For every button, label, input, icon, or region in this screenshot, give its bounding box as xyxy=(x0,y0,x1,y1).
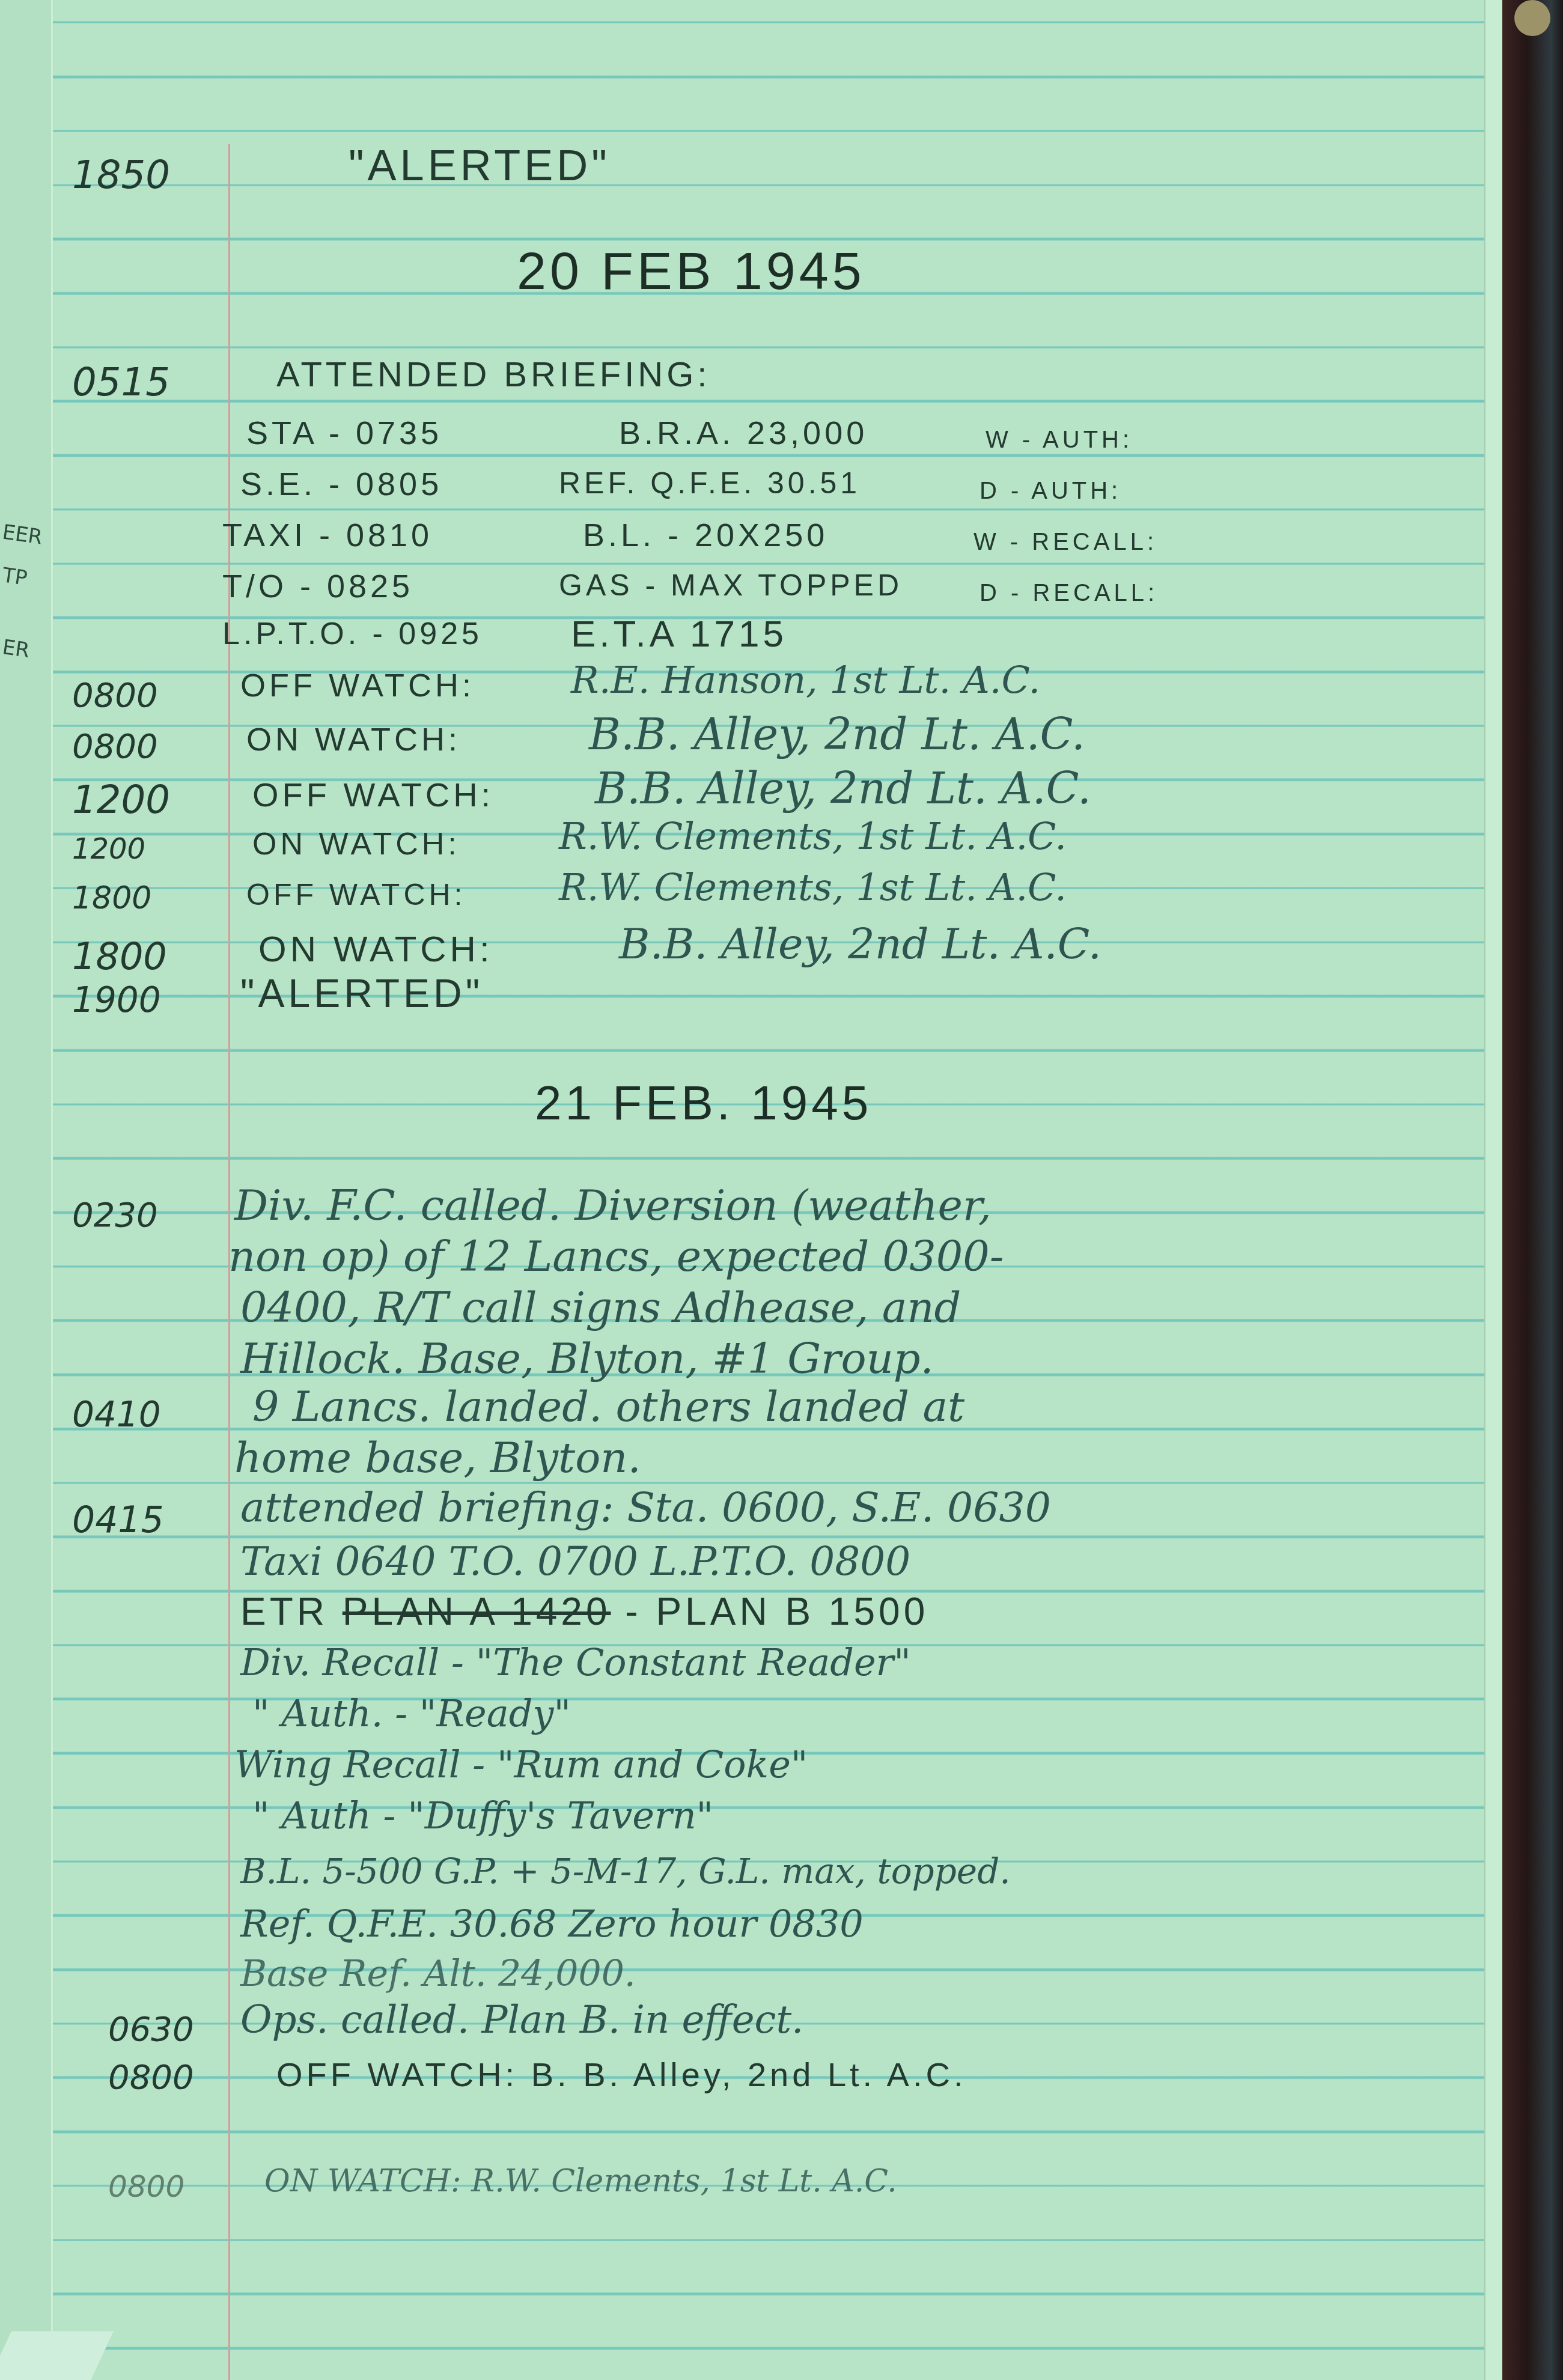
briefing-item: REF. Q.F.E. 30.51 xyxy=(559,466,861,501)
watch-signature: R.E. Hanson, 1st Lt. A.C. xyxy=(571,658,1040,702)
log-line: 0400, R/T call signs Adhease, and xyxy=(240,1283,961,1332)
etr-prefix: ETR xyxy=(240,1590,328,1633)
watch-signature: B.B. Alley, 2nd Lt. A.C. xyxy=(589,709,1085,759)
watch-signature: R.W. Clements, 1st Lt. A.C. xyxy=(559,865,1067,909)
log-time: 0515 xyxy=(72,361,170,405)
log-entry: "ALERTED" xyxy=(349,141,611,190)
log-time: 0800 xyxy=(108,2169,184,2204)
watch-label: OFF WATCH: xyxy=(246,877,466,912)
briefing-item: STA - 0735 xyxy=(246,415,442,452)
briefing-item: W - AUTH: xyxy=(986,427,1133,454)
watch-label: OFF WATCH: xyxy=(252,775,494,814)
briefing-item: B.R.A. 23,000 xyxy=(619,415,868,452)
log-line: Hillock. Base, Blyton, #1 Group. xyxy=(240,1334,934,1383)
log-line: Div. F.C. called. Diversion (weather, xyxy=(234,1181,992,1230)
log-time: 1800 xyxy=(72,880,151,916)
etr-plan-b: - PLAN B 1500 xyxy=(625,1590,928,1633)
watch-label: OFF WATCH: xyxy=(240,667,475,704)
log-time: 0630 xyxy=(108,2010,194,2049)
watch-label: ON WATCH: xyxy=(258,928,493,970)
log-time: 0415 xyxy=(72,1499,164,1541)
log-line: 9 Lancs. landed. others landed at xyxy=(252,1382,964,1431)
code-line: Base Ref. Alt. 24,000. xyxy=(240,1953,636,1995)
briefing-item: B.L. - 20X250 xyxy=(583,517,828,554)
briefing-item: TAXI - 0810 xyxy=(222,517,433,554)
briefing-item: L.P.T.O. - 0925 xyxy=(222,616,483,652)
date-heading: 20 FEB 1945 xyxy=(517,240,865,302)
binding-thread xyxy=(1514,0,1550,36)
briefing-heading: ATTENDED BRIEFING: xyxy=(276,355,710,395)
briefing-item: D - RECALL: xyxy=(980,580,1158,607)
etr-struck-plan: PLAN A 1420 xyxy=(343,1590,611,1633)
watch-signature: B.B. Alley, 2nd Lt. A.C. xyxy=(619,919,1101,969)
log-entry: Ops. called. Plan B. in effect. xyxy=(240,1998,803,2042)
log-time: 1900 xyxy=(72,979,161,1020)
code-line: B.L. 5-500 G.P. + 5-M-17, G.L. max, topp… xyxy=(240,1851,1011,1892)
code-line: " Auth - "Duffy's Tavern" xyxy=(252,1794,713,1837)
left-page-edge: EER TP ER xyxy=(0,0,53,2380)
log-time: 1850 xyxy=(72,153,170,198)
etr-line: ETR PLAN A 1420 - PLAN B 1500 xyxy=(240,1589,928,1634)
page-edge xyxy=(1484,0,1504,2380)
code-line: Div. Recall - "The Constant Reader" xyxy=(240,1640,911,1684)
left-page-fragment: ER xyxy=(1,635,31,663)
log-time: 1800 xyxy=(72,934,167,978)
briefing-item: E.T.A 1715 xyxy=(571,613,787,656)
log-time: 0410 xyxy=(72,1394,161,1435)
book-binding xyxy=(1502,0,1563,2380)
briefing-item: GAS - MAX TOPPED xyxy=(559,568,903,603)
log-time: 0800 xyxy=(72,676,158,715)
log-time: 0800 xyxy=(108,2058,194,2097)
briefing-item: T/O - 0825 xyxy=(222,568,413,605)
left-page-fragment: TP xyxy=(1,563,28,590)
log-entry: OFF WATCH: B. B. Alley, 2nd Lt. A.C. xyxy=(276,2055,967,2094)
log-line: attended briefing: Sta. 0600, S.E. 0630 xyxy=(240,1484,1051,1532)
log-line: non op) of 12 Lancs, expected 0300- xyxy=(228,1232,1004,1281)
watch-label: ON WATCH: xyxy=(246,721,461,758)
log-time: 0800 xyxy=(72,727,158,766)
briefing-item: S.E. - 0805 xyxy=(240,466,442,503)
code-line: Wing Recall - "Rum and Coke" xyxy=(234,1742,808,1786)
log-time: 0230 xyxy=(72,1196,158,1235)
briefing-item: D - AUTH: xyxy=(980,478,1121,505)
log-time: 1200 xyxy=(72,778,170,823)
watch-signature: B.B. Alley, 2nd Lt. A.C. xyxy=(595,763,1091,814)
watch-signature: R.W. Clements, 1st Lt. A.C. xyxy=(559,814,1067,858)
log-entry: "ALERTED" xyxy=(240,970,483,1016)
briefing-item: W - RECALL: xyxy=(973,529,1157,556)
code-line: " Auth. - "Ready" xyxy=(252,1691,571,1735)
log-line: home base, Blyton. xyxy=(234,1433,641,1482)
watch-label: ON WATCH: xyxy=(252,826,460,862)
left-page-fragment: EER xyxy=(1,520,44,550)
date-heading: 21 FEB. 1945 xyxy=(535,1076,872,1131)
code-line: Ref. Q.F.E. 30.68 Zero hour 0830 xyxy=(240,1902,864,1946)
log-time: 1200 xyxy=(72,832,145,866)
log-line: Taxi 0640 T.O. 0700 L.P.T.O. 0800 xyxy=(240,1538,910,1584)
log-entry: ON WATCH: R.W. Clements, 1st Lt. A.C. xyxy=(264,2163,897,2199)
